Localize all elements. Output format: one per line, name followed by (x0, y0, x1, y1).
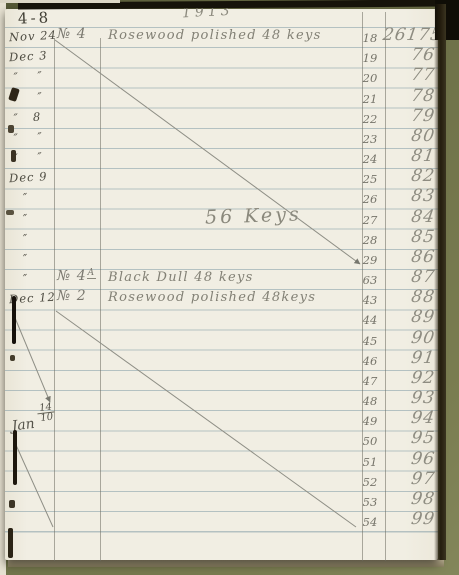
row-date: ″ (9, 209, 56, 225)
row-serial: 77 (382, 65, 440, 85)
row-count: 49 (357, 414, 383, 428)
row-serial: 26175 (382, 25, 440, 45)
row-count: 47 (357, 374, 383, 388)
row-date: Nov 24 (9, 28, 56, 44)
row-count: 44 (357, 313, 383, 327)
row-count: 45 (357, 334, 383, 348)
row-count: 21 (357, 92, 383, 106)
row-count: 52 (357, 475, 383, 489)
binding-speck (9, 500, 15, 508)
row-serial: 83 (382, 186, 440, 206)
row-description: Rosewood polished 48 keys (108, 28, 322, 43)
row-count: 20 (357, 71, 383, 85)
row-date (9, 512, 55, 514)
row-serial: 92 (382, 368, 440, 388)
ledger-row: 48 93 (5, 390, 438, 411)
row-serial: 90 (382, 328, 440, 348)
row-count: 25 (357, 172, 383, 186)
row-count: 46 (357, 354, 383, 368)
binding-speck (10, 355, 15, 361)
row-serial: 89 (382, 307, 440, 327)
row-date: Dec 3 (9, 48, 56, 64)
binding-speck (13, 430, 17, 485)
row-date: ″ (9, 229, 56, 245)
ledger-row: 44 89 (5, 309, 438, 330)
row-serial: 86 (382, 247, 440, 267)
scanned-ledger-photo: 4-8 1913 56 Keys Jan 1410 Nov 24 № 4 Ros… (0, 0, 459, 575)
binding-speck (6, 210, 14, 215)
ledger-row: ″ № 4A Black Dull 48 keys 63 87 (5, 269, 438, 290)
row-date: ″ (9, 250, 56, 266)
row-count: 19 (357, 51, 383, 65)
row-serial: 81 (382, 146, 440, 166)
row-count: 29 (357, 253, 383, 267)
row-serial: 82 (382, 166, 440, 186)
row-serial: 87 (382, 267, 440, 287)
ledger-row: 54 99 (5, 511, 438, 532)
row-count: 51 (357, 455, 383, 469)
row-count: 53 (357, 495, 383, 509)
ledger-row: Nov 24 № 4 Rosewood polished 48 keys 18 … (5, 27, 438, 48)
row-serial: 98 (382, 489, 440, 509)
ledger-row: 50 95 (5, 430, 438, 451)
row-date: Dec 9 (9, 169, 56, 185)
row-model-number: № 4 (57, 26, 87, 42)
binding-speck (12, 296, 16, 344)
row-count: 43 (357, 293, 383, 307)
row-count: 54 (357, 515, 383, 529)
row-serial: 91 (382, 348, 440, 368)
row-serial: 96 (382, 449, 440, 469)
row-serial: 84 (382, 207, 440, 227)
row-serial: 85 (382, 227, 440, 247)
row-serial: 80 (382, 126, 440, 146)
ledger-row: ″ ″ 21 78 (5, 88, 438, 109)
model-superscript: A (87, 268, 97, 279)
ledger-row: 51 96 (5, 451, 438, 472)
row-count: 48 (357, 394, 383, 408)
ledger-rows: Nov 24 № 4 Rosewood polished 48 keys 18 … (5, 27, 438, 547)
row-date: ″ (9, 189, 56, 205)
row-count: 26 (357, 192, 383, 206)
ledger-row: 46 91 (5, 350, 438, 371)
row-serial: 99 (382, 509, 440, 529)
ledger-row: ″ ″ 23 80 (5, 128, 438, 149)
row-model-number: № 4A (57, 268, 96, 284)
ledger-row: ″ 29 86 (5, 249, 438, 270)
ledger-row: 53 98 (5, 491, 438, 512)
page-bottom-edge (8, 559, 444, 567)
row-serial: 79 (382, 106, 440, 126)
row-serial: 93 (382, 388, 440, 408)
binding-speck (8, 528, 13, 558)
row-serial: 97 (382, 469, 440, 489)
row-date: ″ 8 (9, 108, 56, 124)
ledger-row: 49 94 (5, 410, 438, 431)
ledger-row: 45 90 (5, 330, 438, 351)
ledger-row: Dec 3 19 76 (5, 47, 438, 68)
ledger-page: 4-8 1913 56 Keys Jan 1410 Nov 24 № 4 Ros… (5, 9, 438, 560)
row-serial: 88 (382, 287, 440, 307)
scan-top-sliver (0, 0, 120, 3)
ledger-row: ″ ″ 20 77 (5, 67, 438, 88)
ledger-row: ″ 27 84 (5, 209, 438, 230)
ledger-row: Dec 12 № 2 Rosewood polished 48keys 43 8… (5, 289, 438, 310)
ledger-row: ″ 26 83 (5, 188, 438, 209)
row-serial: 94 (382, 408, 440, 428)
row-serial: 78 (382, 86, 440, 106)
row-date (9, 351, 55, 353)
row-description: Black Dull 48 keys (108, 270, 254, 285)
binding-speck (8, 125, 14, 133)
ledger-row: ″ 8 22 79 (5, 108, 438, 129)
row-date (9, 371, 55, 373)
row-count: 18 (357, 31, 383, 45)
ledger-row: ″ 28 85 (5, 229, 438, 250)
row-count: 27 (357, 213, 383, 227)
row-count: 28 (357, 233, 383, 247)
row-count: 24 (357, 152, 383, 166)
row-count: 50 (357, 434, 383, 448)
ledger-row: ″ ″ 24 81 (5, 148, 438, 169)
row-count: 63 (357, 273, 383, 287)
row-date (9, 391, 55, 393)
row-count: 23 (357, 132, 383, 146)
row-date (9, 492, 55, 494)
ledger-row: Dec 9 25 82 (5, 168, 438, 189)
row-serial: 76 (382, 45, 440, 65)
folio-number: 4-8 (18, 8, 52, 27)
row-date: ″ (9, 270, 56, 286)
ledger-row: 47 92 (5, 370, 438, 391)
row-count: 22 (357, 112, 383, 126)
binding-speck (11, 150, 16, 162)
row-model-number: № 2 (57, 288, 87, 304)
page-right-edge-shadow (434, 4, 446, 560)
row-date (9, 411, 55, 413)
row-serial: 95 (382, 428, 440, 448)
row-date: ″ ″ (9, 68, 56, 84)
row-date: ″ ″ (9, 129, 56, 145)
ledger-row: 52 97 (5, 471, 438, 492)
row-description: Rosewood polished 48keys (108, 290, 316, 305)
